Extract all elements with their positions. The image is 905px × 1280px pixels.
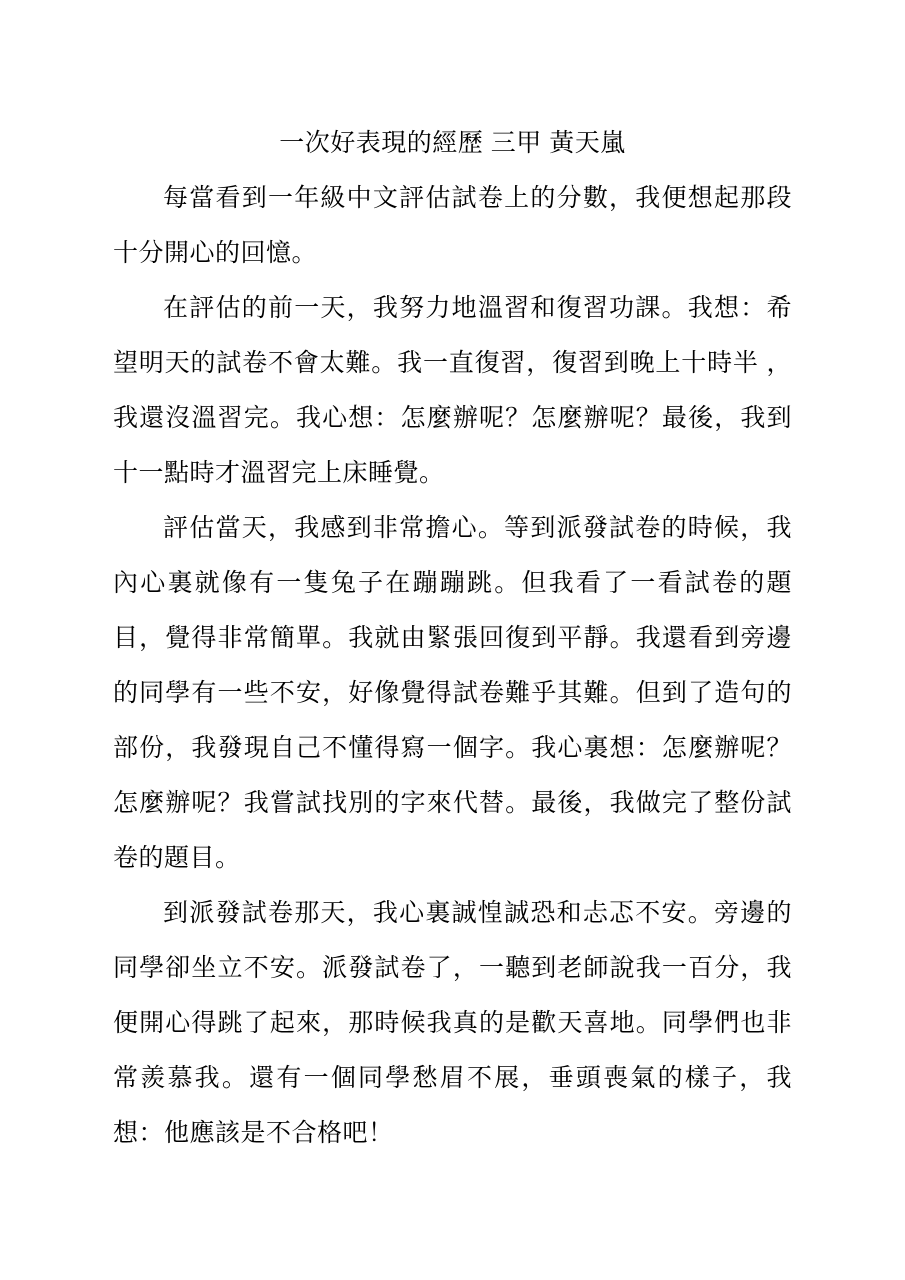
essay-paragraph-2: 在評估的前一天，我努力地溫習和復習功課。我想：希望明天的試卷不會太難。我一直復習… [113,281,792,501]
essay-paragraph-3: 評估當天，我感到非常擔心。等到派發試卷的時候，我內心裏就像有一隻兔子在蹦蹦跳。但… [113,501,792,886]
essay-title: 一次好表現的經歷 三甲 黃天嵐 [113,116,792,171]
essay-paragraph-1: 每當看到一年級中文評估試卷上的分數，我便想起那段十分開心的回憶。 [113,171,792,281]
document-page: 一次好表現的經歷 三甲 黃天嵐 每當看到一年級中文評估試卷上的分數，我便想起那段… [0,0,905,1280]
essay-paragraph-4: 到派發試卷那天，我心裏誠惶誠恐和忐忑不安。旁邊的同學卻坐立不安。派發試卷了，一聽… [113,886,792,1161]
